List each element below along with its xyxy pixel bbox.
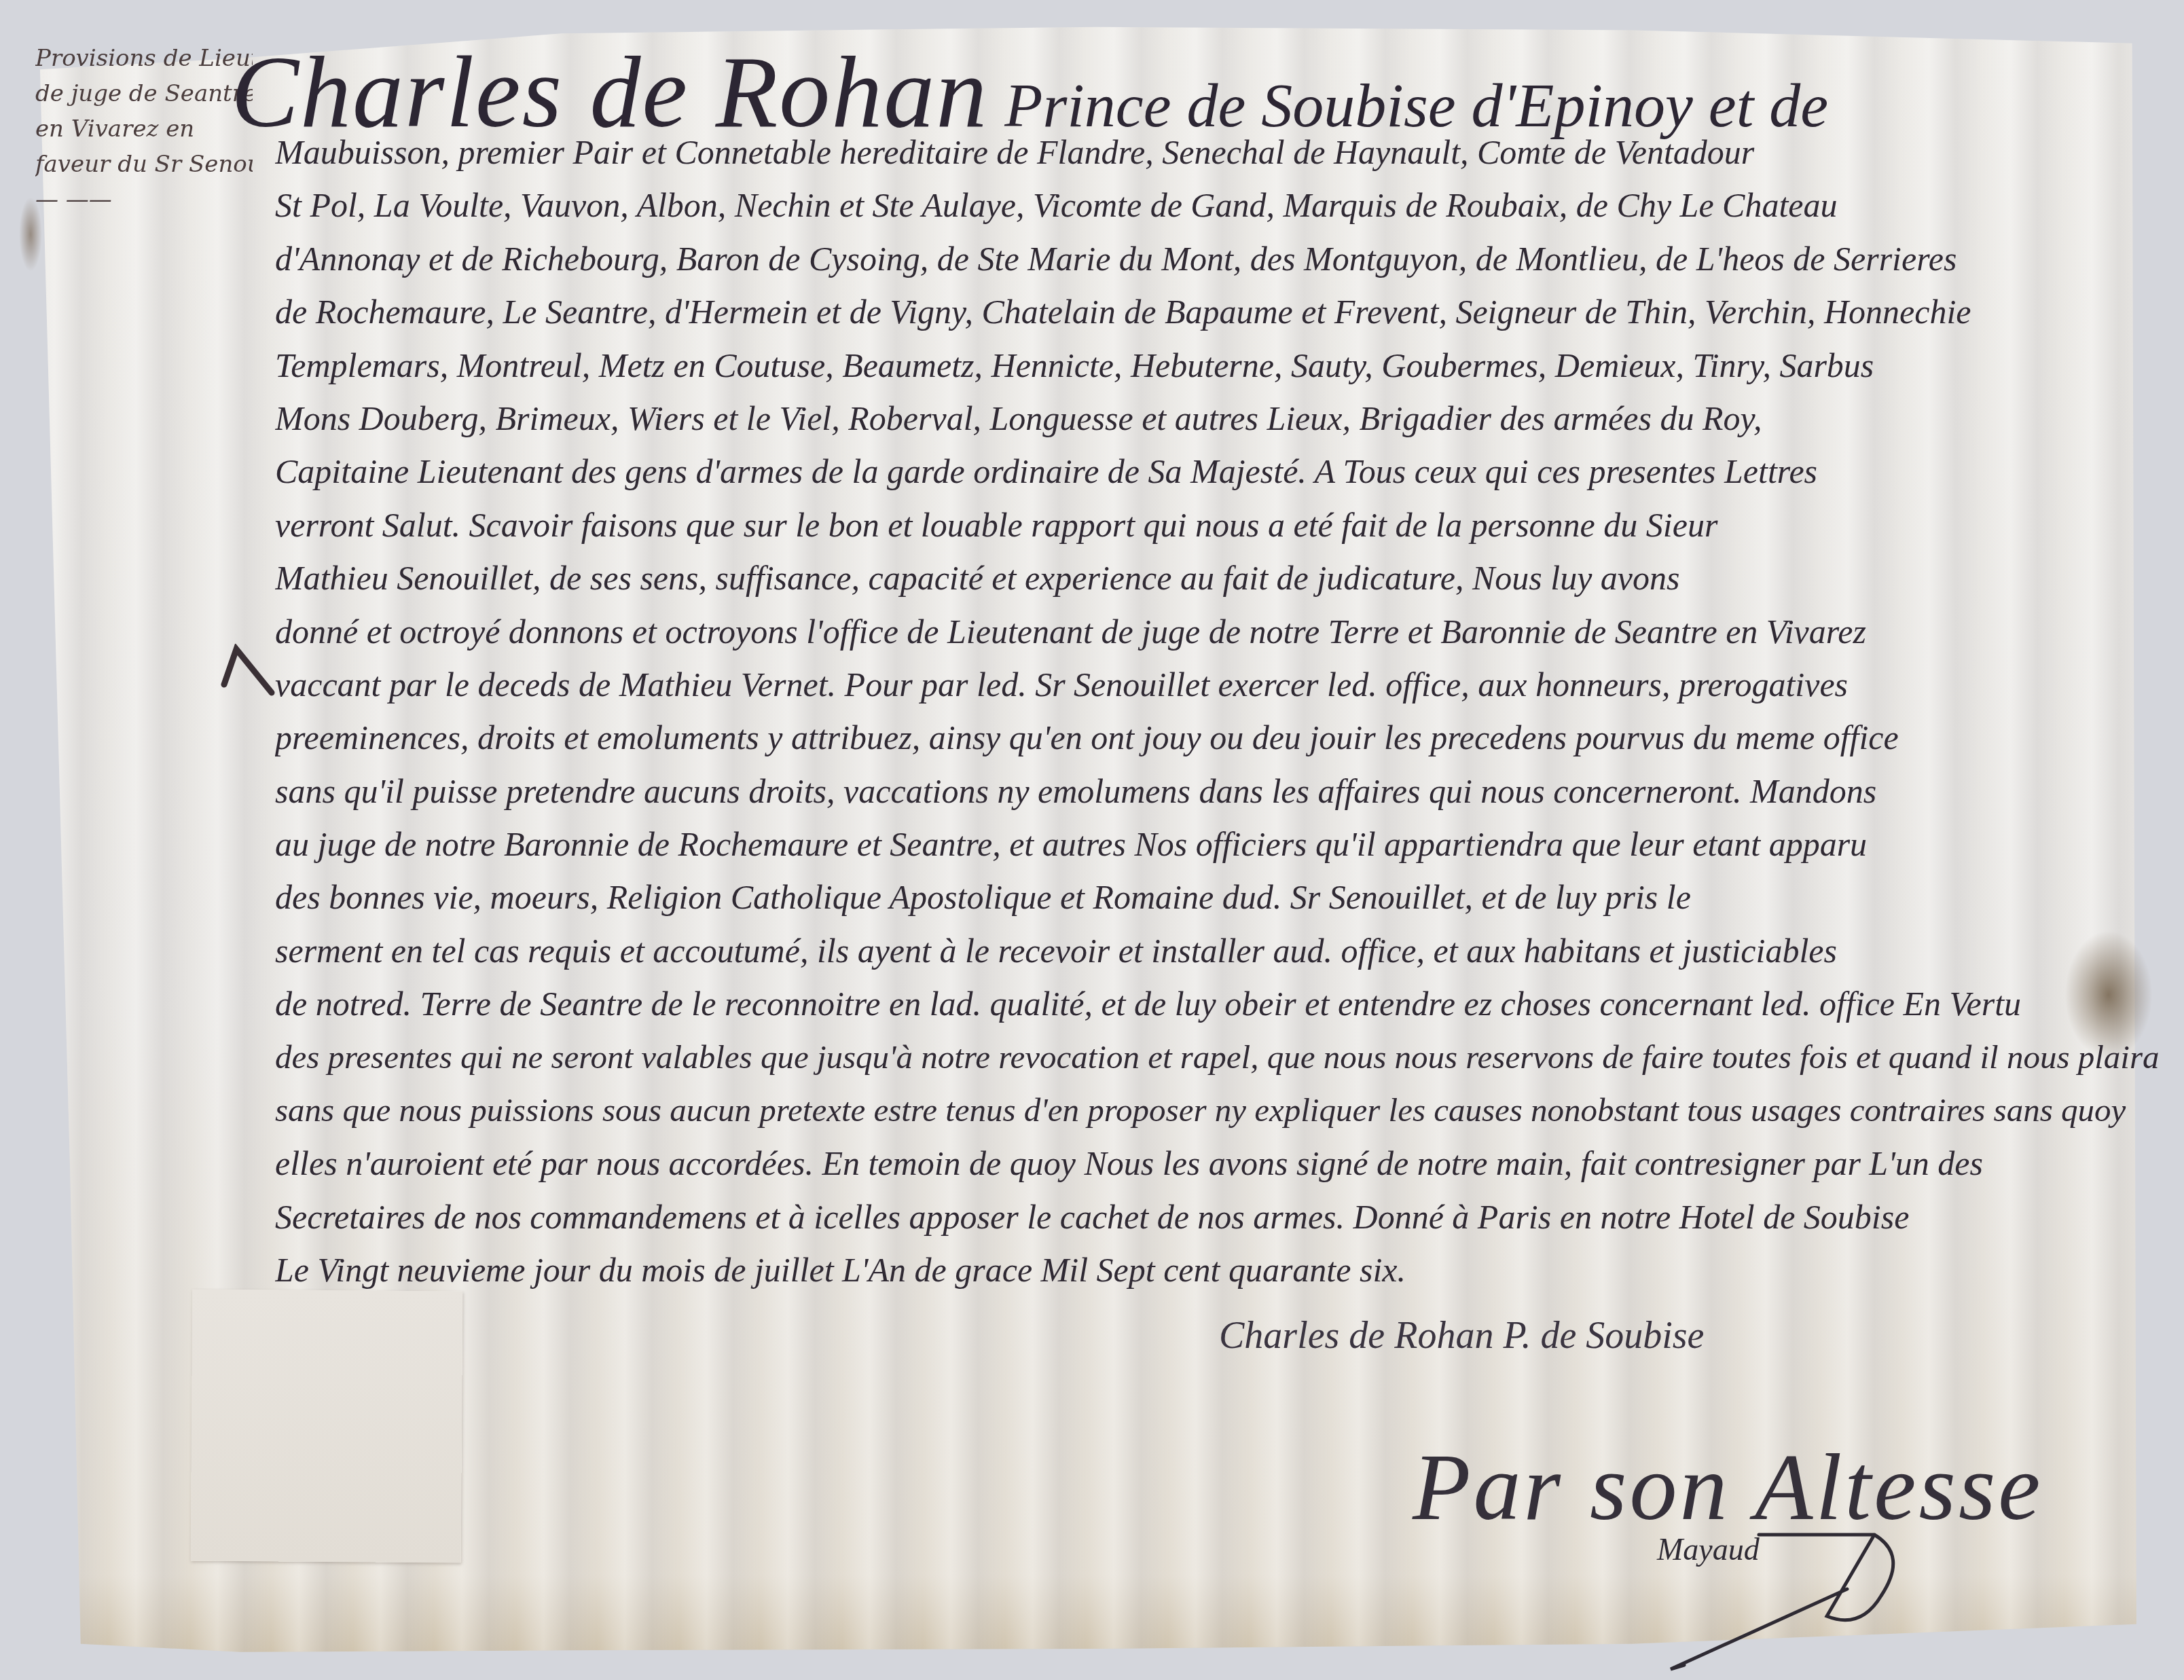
body-line: Templemars, Montreul, Metz en Coutuse, B… <box>275 339 2163 392</box>
body-line: Mons Douberg, Brimeux, Wiers et le Viel,… <box>275 392 2163 445</box>
body-line: des presentes qui ne seront valables que… <box>275 1031 2163 1084</box>
body-line: St Pol, La Voulte, Vauvon, Albon, Nechin… <box>275 179 2163 232</box>
body-line: sans que nous puissions sous aucun prete… <box>275 1084 2163 1137</box>
caret-mark-icon <box>217 644 278 698</box>
body-line: Capitaine Lieutenant des gens d'armes de… <box>275 445 2163 498</box>
document-body: Maubuisson, premier Pair et Connetable h… <box>275 126 2163 1297</box>
margin-note-line: — —— <box>35 182 253 217</box>
body-line: verront Salut. Scavoir faisons que sur l… <box>275 498 2163 551</box>
body-line: Le Vingt neuvieme jour du mois de juille… <box>275 1243 2163 1296</box>
body-line: de notred. Terre de Seantre de le reconn… <box>275 977 2163 1030</box>
body-line: vaccant par le deceds de Mathieu Vernet.… <box>275 658 2163 711</box>
body-line: des bonnes vie, moeurs, Religion Catholi… <box>275 871 2163 924</box>
body-line: au juge de notre Baronnie de Rochemaure … <box>275 818 2163 871</box>
signature-flourish-icon <box>1657 1514 1956 1677</box>
body-line: preeminences, droits et emoluments y att… <box>275 711 2163 764</box>
margin-note-line: Provisions de Lieutenant <box>35 41 253 76</box>
body-line: Maubuisson, premier Pair et Connetable h… <box>275 126 2163 179</box>
body-line: Mathieu Senouillet, de ses sens, suffisa… <box>275 551 2163 604</box>
body-line: donné et octroyé donnons et octroyons l'… <box>275 605 2163 658</box>
margin-note-line: en Vivarez en <box>35 111 253 147</box>
body-line: elles n'auroient eté par nous accordées.… <box>275 1137 2163 1190</box>
margin-note: Provisions de Lieutenant de juge de Sean… <box>35 41 253 217</box>
body-line: serment en tel cas requis et accoutumé, … <box>275 924 2163 977</box>
body-line: sans qu'il puisse pretendre aucuns droit… <box>275 765 2163 818</box>
body-line: d'Annonay et de Richebourg, Baron de Cys… <box>275 232 2163 285</box>
body-line: de Rochemaure, Le Seantre, d'Hermein et … <box>275 285 2163 338</box>
signature-charles-de-rohan: Charles de Rohan P. de Soubise <box>1219 1314 1704 1357</box>
body-line: Secretaires de nos commandemens et à ice… <box>275 1190 2163 1243</box>
seal-paper-patch <box>191 1290 463 1563</box>
margin-note-line: faveur du Sr Senouillet <box>35 147 253 182</box>
margin-note-line: de juge de Seantre <box>35 76 253 111</box>
